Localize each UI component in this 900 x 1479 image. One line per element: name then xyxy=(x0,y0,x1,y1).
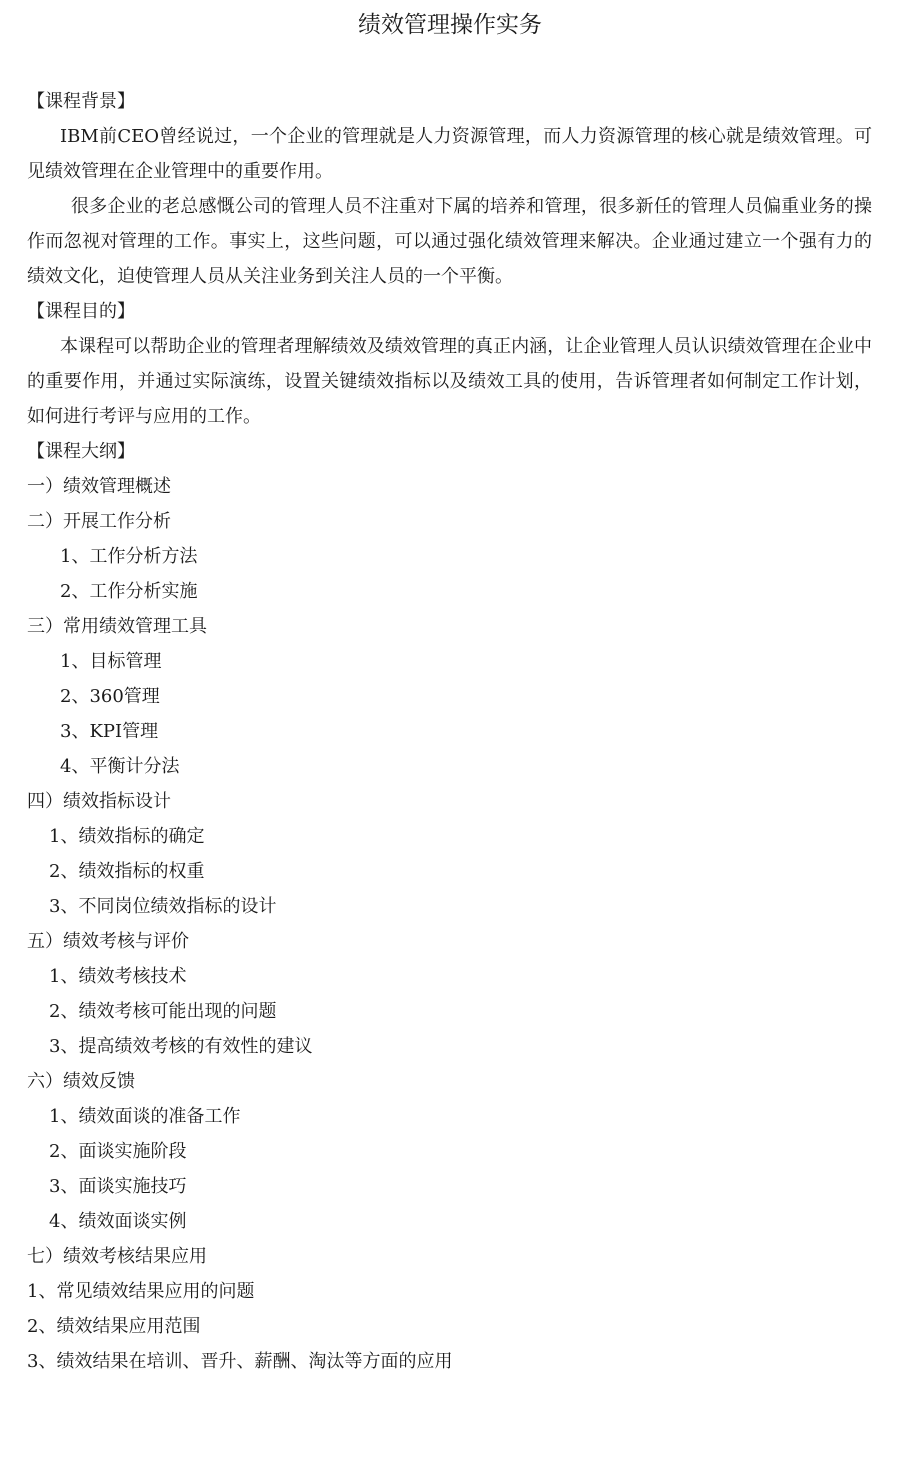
outline-item: 1、工作分析方法 xyxy=(27,539,872,574)
objective-paragraph-1: 本课程可以帮助企业的管理者理解绩效及绩效管理的真正内涵，让企业管理人员认识绩效管… xyxy=(27,329,872,434)
outline-item: 3、不同岗位绩效指标的设计 xyxy=(27,889,872,924)
outline-item: 1、绩效面谈的准备工作 xyxy=(27,1099,872,1134)
outline-chapter-3: 三）常用绩效管理工具 1、目标管理 2、360管理 3、KPI管理 4、平衡计分… xyxy=(27,609,872,784)
outline-chapter-7: 七）绩效考核结果应用 1、常见绩效结果应用的问题 2、绩效结果应用范围 3、绩效… xyxy=(27,1239,872,1379)
outline-item: 3、KPI管理 xyxy=(27,714,872,749)
outline-chapter-5: 五）绩效考核与评价 1、绩效考核技术 2、绩效考核可能出现的问题 3、提高绩效考… xyxy=(27,924,872,1064)
document-body: 【课程背景】 IBM前CEO曾经说过，一个企业的管理就是人力资源管理，而人力资源… xyxy=(27,84,872,1379)
outline-item: 3、提高绩效考核的有效性的建议 xyxy=(27,1029,872,1064)
outline-item: 2、360管理 xyxy=(27,679,872,714)
outline-item: 4、绩效面谈实例 xyxy=(27,1204,872,1239)
chapter-title: 四）绩效指标设计 xyxy=(27,784,872,819)
outline-item: 2、绩效指标的权重 xyxy=(27,854,872,889)
outline-chapter-6: 六）绩效反馈 1、绩效面谈的准备工作 2、面谈实施阶段 3、面谈实施技巧 4、绩… xyxy=(27,1064,872,1239)
outline-item: 4、平衡计分法 xyxy=(27,749,872,784)
background-paragraph-2: 很多企业的老总感慨公司的管理人员不注重对下属的培养和管理，很多新任的管理人员偏重… xyxy=(27,189,872,294)
chapter-title: 二）开展工作分析 xyxy=(27,504,872,539)
section-heading-objective: 【课程目的】 xyxy=(27,294,872,329)
section-heading-outline: 【课程大纲】 xyxy=(27,434,872,469)
outline-item: 2、绩效结果应用范围 xyxy=(27,1309,872,1344)
section-outline: 【课程大纲】 一）绩效管理概述 二）开展工作分析 1、工作分析方法 2、工作分析… xyxy=(27,434,872,1379)
outline-item: 3、绩效结果在培训、晋升、薪酬、淘汰等方面的应用 xyxy=(27,1344,872,1379)
chapter-title: 三）常用绩效管理工具 xyxy=(27,609,872,644)
chapter-title: 七）绩效考核结果应用 xyxy=(27,1239,872,1274)
section-heading-background: 【课程背景】 xyxy=(27,84,872,119)
outline-chapter-4: 四）绩效指标设计 1、绩效指标的确定 2、绩效指标的权重 3、不同岗位绩效指标的… xyxy=(27,784,872,924)
outline-chapter-2: 二）开展工作分析 1、工作分析方法 2、工作分析实施 xyxy=(27,504,872,609)
chapter-title: 五）绩效考核与评价 xyxy=(27,924,872,959)
outline-item: 1、常见绩效结果应用的问题 xyxy=(27,1274,872,1309)
chapter-title: 一）绩效管理概述 xyxy=(27,469,872,504)
outline-item: 1、目标管理 xyxy=(27,644,872,679)
outline-item: 2、面谈实施阶段 xyxy=(27,1134,872,1169)
outline-item: 1、绩效考核技术 xyxy=(27,959,872,994)
background-paragraph-1: IBM前CEO曾经说过，一个企业的管理就是人力资源管理，而人力资源管理的核心就是… xyxy=(27,119,872,189)
outline-item: 1、绩效指标的确定 xyxy=(27,819,872,854)
chapter-title: 六）绩效反馈 xyxy=(27,1064,872,1099)
outline-item: 3、面谈实施技巧 xyxy=(27,1169,872,1204)
outline-chapter-1: 一）绩效管理概述 xyxy=(27,469,872,504)
section-objective: 【课程目的】 本课程可以帮助企业的管理者理解绩效及绩效管理的真正内涵，让企业管理… xyxy=(27,294,872,434)
section-background: 【课程背景】 IBM前CEO曾经说过，一个企业的管理就是人力资源管理，而人力资源… xyxy=(27,84,872,294)
outline-item: 2、绩效考核可能出现的问题 xyxy=(27,994,872,1029)
outline-item: 2、工作分析实施 xyxy=(27,574,872,609)
document-title: 绩效管理操作实务 xyxy=(0,8,900,42)
